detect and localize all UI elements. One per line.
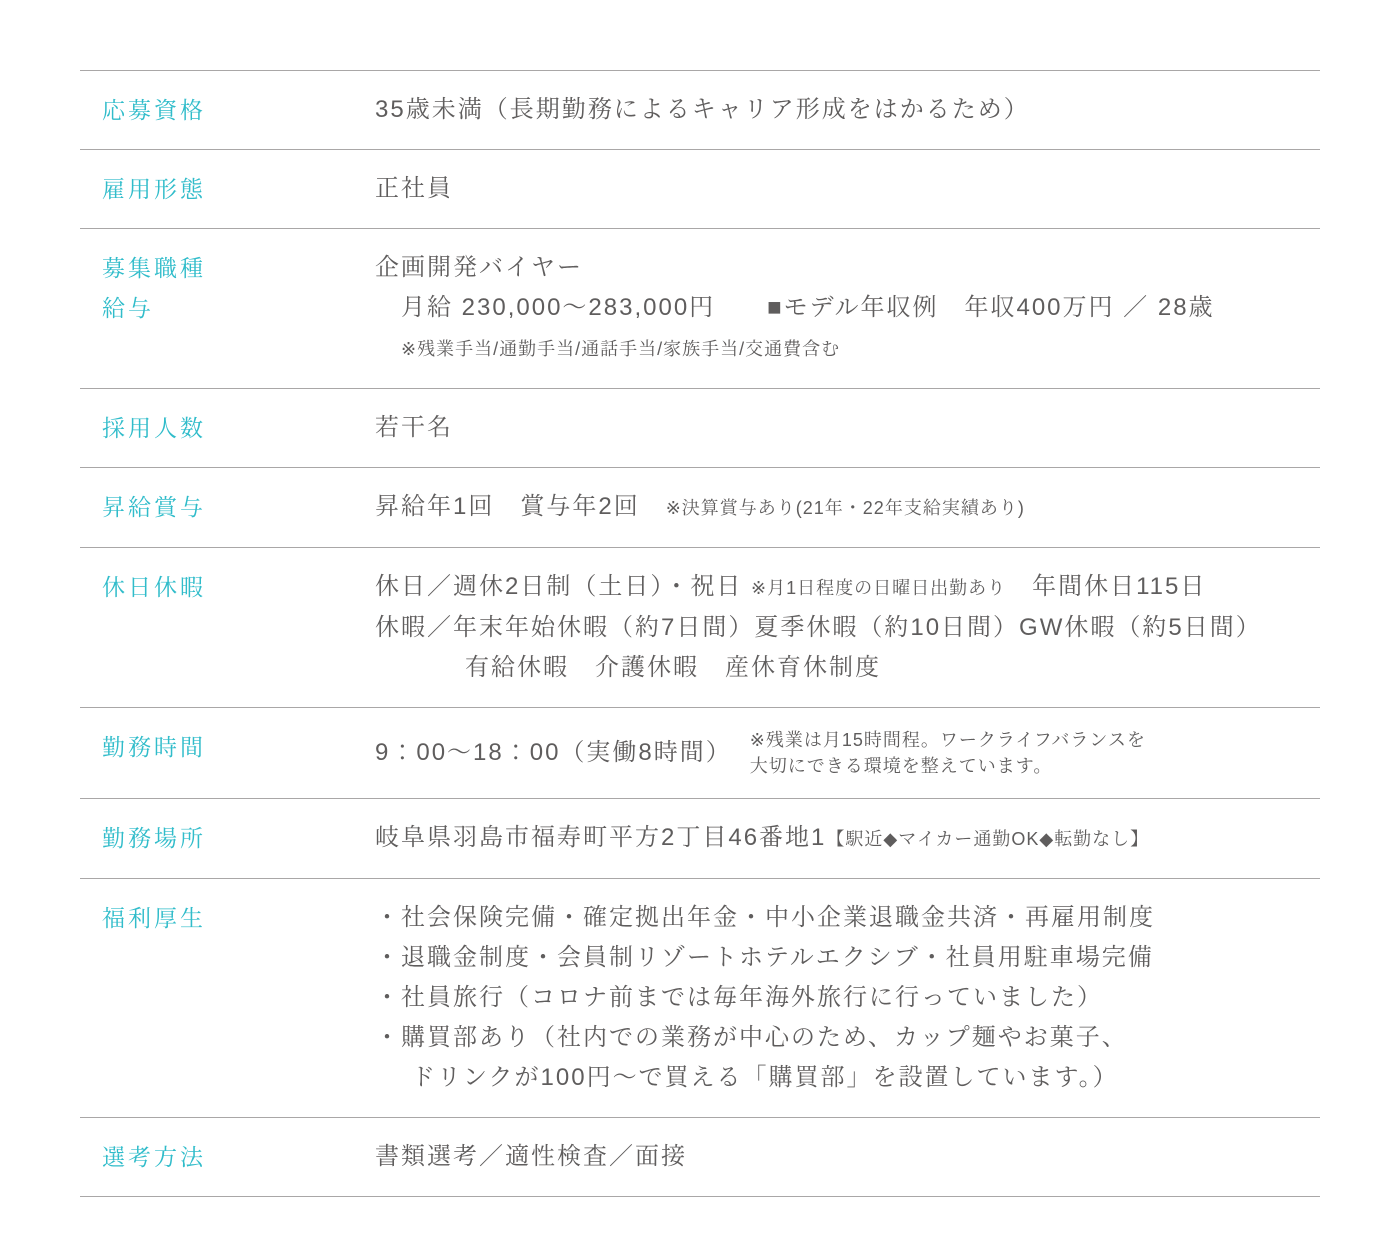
row-label: 勤務場所 [80, 818, 375, 858]
row-value: 若干名 [375, 408, 1320, 448]
value-line: ・社会保険完備・確定拠出年金・中小企業退職金共済・再雇用制度 [375, 898, 1320, 938]
value-text: 35歳未満（長期勤務によるキャリア形成をはかるため） [375, 96, 1030, 123]
row-qualification: 応募資格35歳未満（長期勤務によるキャリア形成をはかるため） [80, 70, 1320, 149]
job-posting-table: 応募資格35歳未満（長期勤務によるキャリア形成をはかるため）雇用形態正社員募集職… [80, 70, 1320, 1197]
value-text: 9：00～18：00（実働8時間） [375, 733, 732, 773]
value-text: 休日／週休2日制（土日）・祝日 [375, 573, 751, 600]
row-employment-type: 雇用形態正社員 [80, 149, 1320, 228]
value-line: ・社員旅行（コロナ前までは毎年海外旅行に行っていました） [375, 978, 1320, 1018]
row-raise-bonus: 昇給賞与昇給年1回 賞与年2回 ※決算賞与あり(21年・22年支給実績あり) [80, 467, 1320, 547]
label-text: 昇給賞与 [102, 487, 375, 527]
row-value: 9：00～18：00（実働8時間）※残業は月15時間程。ワークライフバランスを … [375, 727, 1320, 779]
row-label: 雇用形態 [80, 169, 375, 209]
value-text: ・購買部あり（社内での業務が中心のため、カップ麺やお菓子、 [375, 1024, 1128, 1051]
label-text: 採用人数 [102, 408, 375, 448]
row-working-hours: 勤務時間9：00～18：00（実働8時間）※残業は月15時間程。ワークライフバラ… [80, 707, 1320, 798]
value-text: ・退職金制度・会員制リゾートホテルエクシブ・社員用駐車場完備 [375, 944, 1154, 971]
row-value: 企画開発バイヤー月給 230,000～283,000円 ■モデル年収例 年収40… [375, 248, 1320, 369]
label-text: 勤務場所 [102, 818, 375, 858]
row-value: 正社員 [375, 169, 1320, 209]
label-text: 雇用形態 [102, 169, 375, 209]
value-text: 休暇／年末年始休暇（約7日間）夏季休暇（約10日間）GW休暇（約5日間） [375, 614, 1262, 641]
note-text: 【駅近◆マイカー通勤OK◆転勤なし】 [826, 829, 1149, 849]
label-text: 福利厚生 [102, 898, 375, 938]
value-line: 9：00～18：00（実働8時間）※残業は月15時間程。ワークライフバランスを … [375, 727, 1320, 779]
row-label: 休日休暇 [80, 567, 375, 607]
row-selection-method: 選考方法書類選考／適性検査／面接 [80, 1117, 1320, 1197]
value-line: 岐阜県羽島市福寿町平方2丁目46番地1【駅近◆マイカー通勤OK◆転勤なし】 [375, 818, 1320, 859]
row-value: 書類選考／適性検査／面接 [375, 1137, 1320, 1177]
value-text: 昇給年1回 賞与年2回 [375, 493, 666, 520]
row-label: 応募資格 [80, 90, 375, 130]
value-line: 正社員 [375, 169, 1320, 209]
value-line: 休日／週休2日制（土日）・祝日 ※月1日程度の日曜日出勤あり 年間休日115日 [375, 567, 1320, 608]
note-text: ※月1日程度の日曜日出勤あり [751, 578, 1006, 598]
row-value: 岐阜県羽島市福寿町平方2丁目46番地1【駅近◆マイカー通勤OK◆転勤なし】 [375, 818, 1320, 859]
label-text: 勤務時間 [102, 727, 375, 767]
row-label: 昇給賞与 [80, 487, 375, 527]
label-text: 選考方法 [102, 1137, 375, 1177]
value-text: 有給休暇 介護休暇 産休育休制度 [465, 654, 881, 681]
value-line: ドリンクが100円～で買える「購買部」を設置しています。） [375, 1058, 1320, 1098]
row-work-location: 勤務場所岐阜県羽島市福寿町平方2丁目46番地1【駅近◆マイカー通勤OK◆転勤なし… [80, 798, 1320, 878]
row-label: 募集職種給与 [80, 248, 375, 328]
value-line: ※残業手当/通勤手当/通話手当/家族手当/交通費含む [375, 328, 1320, 369]
value-text: 正社員 [375, 175, 453, 202]
value-line: ・退職金制度・会員制リゾートホテルエクシブ・社員用駐車場完備 [375, 938, 1320, 978]
value-text: 年間休日115日 [1006, 573, 1206, 600]
row-holidays: 休日休暇休日／週休2日制（土日）・祝日 ※月1日程度の日曜日出勤あり 年間休日1… [80, 547, 1320, 707]
row-label: 選考方法 [80, 1137, 375, 1177]
value-line: 月給 230,000～283,000円 ■モデル年収例 年収400万円 ／ 28… [375, 288, 1320, 328]
row-label: 福利厚生 [80, 898, 375, 938]
value-line: ・購買部あり（社内での業務が中心のため、カップ麺やお菓子、 [375, 1018, 1320, 1058]
value-line: 若干名 [375, 408, 1320, 448]
value-line: 企画開発バイヤー [375, 248, 1320, 288]
label-text: 給与 [102, 288, 375, 328]
label-text: 応募資格 [102, 90, 375, 130]
value-line: 昇給年1回 賞与年2回 ※決算賞与あり(21年・22年支給実績あり) [375, 487, 1320, 528]
value-text: 書類選考／適性検査／面接 [375, 1143, 687, 1170]
row-value: 昇給年1回 賞与年2回 ※決算賞与あり(21年・22年支給実績あり) [375, 487, 1320, 528]
row-label: 採用人数 [80, 408, 375, 448]
row-value: ・社会保険完備・確定拠出年金・中小企業退職金共済・再雇用制度・退職金制度・会員制… [375, 898, 1320, 1098]
label-text: 募集職種 [102, 248, 375, 288]
note-text: ※残業は月15時間程。ワークライフバランスを 大切にできる環境を整えています。 [750, 727, 1146, 779]
value-text: ・社会保険完備・確定拠出年金・中小企業退職金共済・再雇用制度 [375, 904, 1155, 931]
value-line: 35歳未満（長期勤務によるキャリア形成をはかるため） [375, 90, 1320, 130]
row-hiring-count: 採用人数若干名 [80, 388, 1320, 467]
row-value: 休日／週休2日制（土日）・祝日 ※月1日程度の日曜日出勤あり 年間休日115日休… [375, 567, 1320, 688]
value-line: 休暇／年末年始休暇（約7日間）夏季休暇（約10日間）GW休暇（約5日間） [375, 608, 1320, 648]
value-text: ドリンクが100円～で買える「購買部」を設置しています。） [411, 1064, 1119, 1091]
row-position-salary: 募集職種給与企画開発バイヤー月給 230,000～283,000円 ■モデル年収… [80, 228, 1320, 388]
row-label: 勤務時間 [80, 727, 375, 767]
value-line: 有給休暇 介護休暇 産休育休制度 [375, 648, 1320, 688]
value-line: 書類選考／適性検査／面接 [375, 1137, 1320, 1177]
row-value: 35歳未満（長期勤務によるキャリア形成をはかるため） [375, 90, 1320, 130]
value-text: 企画開発バイヤー [375, 254, 583, 281]
note-text: ※決算賞与あり(21年・22年支給実績あり) [666, 498, 1025, 518]
label-text: 休日休暇 [102, 567, 375, 607]
value-text: 若干名 [375, 414, 453, 441]
value-text: 岐阜県羽島市福寿町平方2丁目46番地1 [375, 824, 826, 851]
value-text: 月給 230,000～283,000円 ■モデル年収例 年収400万円 ／ 28… [401, 294, 1215, 321]
note-text: ※残業手当/通勤手当/通話手当/家族手当/交通費含む [401, 339, 840, 359]
value-text: ・社員旅行（コロナ前までは毎年海外旅行に行っていました） [375, 984, 1103, 1011]
row-benefits: 福利厚生・社会保険完備・確定拠出年金・中小企業退職金共済・再雇用制度・退職金制度… [80, 878, 1320, 1117]
